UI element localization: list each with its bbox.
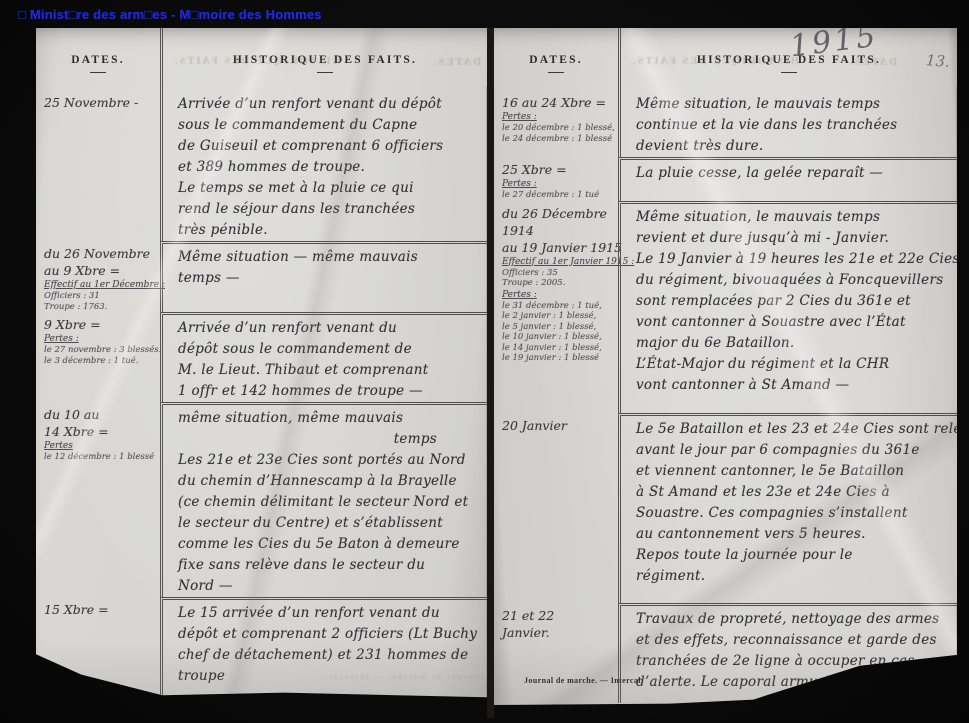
- dates-header-cell: DATES.: [36, 28, 160, 86]
- handwritten-line: 1 offr et 142 hommes de troupe —: [178, 381, 483, 402]
- entry-date-cell: 20 Janvier: [494, 413, 618, 603]
- handwritten-line: et 389 hommes de troupe.: [178, 157, 483, 178]
- handwritten-line: sous le commandement du Capne: [178, 115, 483, 136]
- entry-date-cell: 25 Novembre -: [36, 86, 160, 241]
- entry-text-cell: Le 5e Bataillon et les 23 et 24e Cies so…: [618, 413, 969, 603]
- left-page-scan: DATES. HISTORIQUE DES FAITS. HISTORIQUE …: [36, 28, 487, 700]
- handwritten-line: (ce chemin délimitant le secteur Nord et: [178, 492, 483, 513]
- handwritten-line: même situation, même mauvais: [178, 408, 483, 429]
- handwritten-line: M. le Lieut. Thibaut et comprenant: [178, 360, 483, 381]
- historique-header-cell: HISTORIQUE DES FAITS. HISTORIQUE DES FAI…: [618, 28, 957, 86]
- handwritten-line: vont cantonner à St Amand —: [636, 375, 960, 396]
- handwritten-line: La pluie cesse, la gelée reparaît —: [636, 163, 953, 184]
- journal-entry: 21 et 22Janvier. Travaux de propreté, ne…: [494, 603, 957, 703]
- date-line: Pertes :: [44, 333, 158, 345]
- entry-date-cell: 25 Xbre =Pertes :le 27 décembre : 1 tué: [494, 157, 618, 201]
- entry-date-cell: du 26 Décembre1914au 19 Janvier 1915Effe…: [494, 201, 618, 413]
- entry-text-cell: Le 15 arrivée d’un renfort venant dudépô…: [160, 597, 487, 697]
- header-dash: [317, 72, 333, 73]
- handwritten-line: Arrivée d’un renfort venant du dépôt: [178, 94, 483, 115]
- handwritten-line: le secteur du Centre) et s’établissent: [178, 513, 483, 534]
- printer-imprint: Journal de marche. — Intercal.: [524, 676, 643, 686]
- left-table-header: DATES. HISTORIQUE DES FAITS. HISTORIQUE …: [36, 28, 487, 86]
- handwritten-line: très pénible.: [178, 220, 483, 241]
- journal-entry: 20 Janvier Le 5e Bataillon et les 23 et …: [494, 413, 957, 603]
- date-line: le 10 janvier : 1 blessé,: [502, 332, 616, 343]
- historique-header-cell: HISTORIQUE DES FAITS. HISTORIQUE DES FAI…: [160, 28, 487, 86]
- date-line: au 9 Xbre =: [44, 262, 158, 279]
- scanned-journal-spread: DATES. HISTORIQUE DES FAITS. HISTORIQUE …: [36, 28, 957, 718]
- date-line: 21 et 22: [502, 607, 616, 624]
- entry-date-cell: 21 et 22Janvier.: [494, 603, 618, 703]
- book-fold-gutter: [487, 28, 494, 718]
- date-line: Officiers : 35: [502, 268, 616, 279]
- handwritten-line: Le temps se met à la pluie ce qui: [178, 178, 483, 199]
- journal-entry: du 26 Décembre1914au 19 Janvier 1915Effe…: [494, 201, 957, 413]
- date-line: 15 Xbre =: [44, 601, 158, 618]
- handwritten-line: et des effets, reconnaissance et garde d…: [636, 630, 953, 651]
- ink-bleed-stamp: HISTORIQUE DES FAITS.: [173, 56, 341, 68]
- date-line: le 12 décembre : 1 blessé: [44, 452, 158, 463]
- date-line: Troupe : 2005.: [502, 278, 616, 289]
- handwritten-line: et viennent cantonner, le 5e Bataillon: [636, 461, 969, 482]
- handwritten-line: régiment.: [636, 566, 969, 587]
- entry-date-cell: du 26 Novembreau 9 Xbre =Effectif au 1er…: [36, 241, 160, 312]
- entry-date-cell: 9 Xbre =Pertes :le 27 novembre : 3 bless…: [36, 312, 160, 402]
- dates-header: DATES.: [494, 54, 618, 67]
- entry-text-cell: La pluie cesse, la gelée reparaît —: [618, 157, 957, 201]
- journal-entry: 16 au 24 Xbre =Pertes :le 20 décembre : …: [494, 86, 957, 157]
- handwritten-line: Le 19 Janvier à 19 heures les 21e et 22e…: [636, 249, 960, 270]
- date-line: Officiers : 31: [44, 291, 158, 302]
- right-table-header: DATES. HISTORIQUE DES FAITS. HISTORIQUE …: [494, 28, 957, 86]
- entry-text-cell: Même situation — même mauvaistemps —: [160, 241, 487, 312]
- date-line: du 26 Novembre: [44, 245, 158, 262]
- handwritten-line: rend le séjour dans les tranchées: [178, 199, 483, 220]
- entry-text-cell: même situation, même mauvaistempsLes 21e…: [160, 402, 487, 597]
- date-line: le 27 novembre : 3 blessés.: [44, 345, 158, 356]
- handwritten-line: continue et la vie dans les tranchées: [636, 115, 953, 136]
- handwritten-line: Souastre. Ces compagnies s’installent: [636, 503, 969, 524]
- ink-bleed-stamp: DATES.: [432, 57, 481, 69]
- handwritten-line: avant le jour par 6 compagnies du 361e: [636, 440, 969, 461]
- dates-header: DATES.: [36, 54, 160, 67]
- handwritten-line: Les 21e et 23e Cies sont portés au Nord: [178, 450, 483, 471]
- date-line: du 10 au: [44, 406, 158, 423]
- journal-entry: 25 Novembre - Arrivée d’un renfort venan…: [36, 86, 487, 241]
- date-line: Pertes :: [502, 289, 616, 301]
- handwritten-line: vont cantonner à Souastre avec l’État: [636, 312, 960, 333]
- handwritten-line: Le 5e Bataillon et les 23 et 24e Cies so…: [636, 419, 969, 440]
- date-line: Troupe : 1763.: [44, 302, 158, 313]
- handwritten-line: du chemin d’Hannescamp à la Brayelle: [178, 471, 483, 492]
- handwritten-line: Même situation, le mauvais temps: [636, 94, 953, 115]
- date-line: Pertes :: [502, 111, 616, 123]
- entry-text-cell: Même situation, le mauvais tempscontinue…: [618, 86, 957, 157]
- handwritten-line: chef de détachement) et 231 hommes de: [178, 645, 483, 666]
- entry-date-cell: 16 au 24 Xbre =Pertes :le 20 décembre : …: [494, 86, 618, 157]
- handwritten-line: d’alerte. Le caporal armurier passe: [636, 672, 953, 693]
- date-line: le 27 décembre : 1 tué: [502, 190, 616, 201]
- journal-entry: 9 Xbre =Pertes :le 27 novembre : 3 bless…: [36, 312, 487, 402]
- handwritten-line: major du 6e Bataillon.: [636, 333, 960, 354]
- header-dash: [781, 72, 797, 73]
- handwritten-line: temps —: [178, 268, 483, 289]
- date-line: 1914: [502, 222, 616, 239]
- date-line: Effectif au 1er Décembre :: [44, 279, 158, 291]
- date-line: Effectif au 1er Janvier 1915 :: [502, 256, 616, 268]
- entry-date-cell: du 10 au14 Xbre =Pertesle 12 décembre : …: [36, 402, 160, 597]
- entry-text-cell: Arrivée d’un renfort venant dudépôt sous…: [160, 312, 487, 402]
- date-line: 9 Xbre =: [44, 316, 158, 333]
- handwritten-line: du régiment, bivouaquées à Foncqueviller…: [636, 270, 960, 291]
- handwritten-line: fixe sans relève dans le secteur du: [178, 555, 483, 576]
- pencil-page-number: 13.: [926, 52, 951, 70]
- date-line: Pertes :: [502, 178, 616, 190]
- handwritten-line: Travaux de propreté, nettoyage des armes: [636, 609, 953, 630]
- ink-bleed-stamp: DATES.: [848, 57, 897, 69]
- entry-date-cell: 15 Xbre =: [36, 597, 160, 697]
- handwritten-line: tranchées de 2e ligne à occuper en cas: [636, 651, 953, 672]
- date-line: le 31 décembre : 1 tué,: [502, 301, 616, 312]
- handwritten-line: dépôt et comprenant 2 officiers (Lt Buch…: [178, 624, 483, 645]
- date-line: au 19 Janvier 1915: [502, 239, 616, 256]
- date-line: le 3 décembre : 1 tué.: [44, 356, 158, 367]
- handwritten-line: de Guiseuil et comprenant 6 officiers: [178, 136, 483, 157]
- journal-entry: 25 Xbre =Pertes :le 27 décembre : 1 tué …: [494, 157, 957, 201]
- date-line: Pertes: [44, 440, 158, 452]
- handwritten-line: L’État-Major du régiment et la CHR: [636, 354, 960, 375]
- journal-entry: 15 Xbre = Le 15 arrivée d’un renfort ven…: [36, 597, 487, 697]
- handwritten-line: Nord —: [178, 576, 483, 597]
- handwritten-line: Même situation, le mauvais temps: [636, 207, 960, 228]
- date-line: le 2 janvier : 1 blessé,: [502, 311, 616, 322]
- handwritten-line: au cantonnement vers 5 heures.: [636, 524, 969, 545]
- date-line: le 20 décembre : 1 blessé,: [502, 123, 616, 134]
- date-line: 25 Novembre -: [44, 94, 158, 111]
- ink-bleed-stamp: HISTORIQUE DES FAITS.: [631, 56, 799, 68]
- date-line: du 26 Décembre: [502, 205, 616, 222]
- date-line: 16 au 24 Xbre =: [502, 94, 616, 111]
- handwritten-line: Repos toute la journée pour le: [636, 545, 969, 566]
- date-line: le 24 décembre : 1 blessé: [502, 134, 616, 145]
- site-header-link[interactable]: □ Minist□re des arm□es - M□moire des Hom…: [18, 7, 322, 23]
- header-dash: [548, 72, 564, 73]
- handwritten-line: comme les Cies du 5e Baton à demeure: [178, 534, 483, 555]
- header-dash: [90, 72, 106, 73]
- date-line: Janvier.: [502, 624, 616, 641]
- handwritten-line: revient et dure jusqu’à mi - Janvier.: [636, 228, 960, 249]
- right-page-scan: 1915 13. DATES. HISTORIQUE DES FAITS. HI…: [494, 28, 957, 705]
- journal-entry: du 26 Novembreau 9 Xbre =Effectif au 1er…: [36, 241, 487, 312]
- journal-entry: du 10 au14 Xbre =Pertesle 12 décembre : …: [36, 402, 487, 597]
- handwritten-line: temps: [178, 429, 483, 450]
- handwritten-line: Même situation — même mauvais: [178, 247, 483, 268]
- date-line: 14 Xbre =: [44, 423, 158, 440]
- handwritten-line: à St Amand et les 23e et 24e Cies à: [636, 482, 969, 503]
- date-line: le 5 janvier : 1 blessé,: [502, 322, 616, 333]
- entry-text-cell: Travaux de propreté, nettoyage des armes…: [618, 603, 957, 703]
- date-line: 20 Janvier: [502, 417, 616, 434]
- handwritten-line: Le 15 arrivée d’un renfort venant du: [178, 603, 483, 624]
- date-line: 25 Xbre =: [502, 161, 616, 178]
- entry-text-cell: Arrivée d’un renfort venant du dépôtsous…: [160, 86, 487, 241]
- handwritten-line: sont remplacées par 2 Cies du 361e et: [636, 291, 960, 312]
- handwritten-line: dépôt sous le commandement de: [178, 339, 483, 360]
- handwritten-line: Arrivée d’un renfort venant du: [178, 318, 483, 339]
- date-line: le 19 janvier : 1 blessé: [502, 353, 616, 364]
- dates-header-cell: DATES.: [494, 28, 618, 86]
- entry-text-cell: Même situation, le mauvais tempsrevient …: [618, 201, 964, 413]
- date-line: le 14 janvier : 1 blessé,: [502, 343, 616, 354]
- handwritten-line: devient très dure.: [636, 136, 953, 157]
- ink-bleed-stamp: Journal de marche. — Intercal.: [324, 672, 485, 681]
